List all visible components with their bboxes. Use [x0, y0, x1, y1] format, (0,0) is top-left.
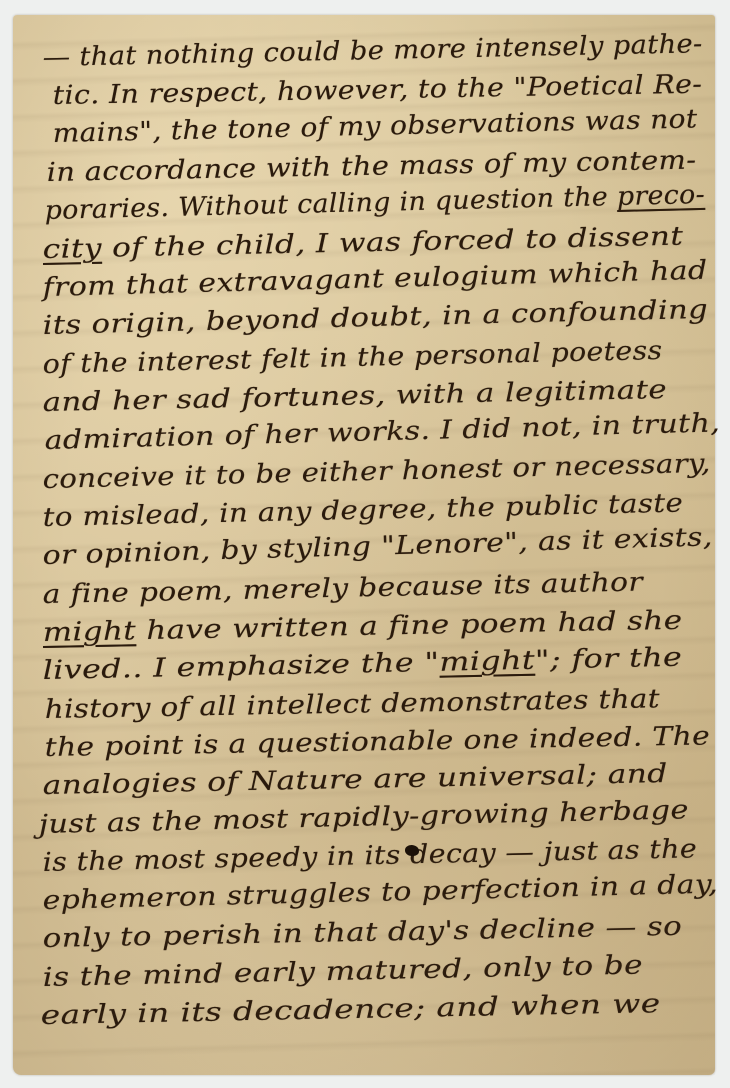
handwritten-line: city of the child, I was forced to disse…: [42, 224, 683, 263]
line-text: ephemeron struggles to perfection in a d…: [42, 870, 718, 916]
line-text: tic. In respect, however, to the "Poetic…: [53, 70, 703, 111]
line-text: history of all intellect demonstrates th…: [45, 684, 661, 725]
line-text: lived.. I emphasize the ": [42, 648, 439, 686]
handwritten-line: mains", the tone of my observations was …: [52, 106, 697, 147]
line-text: the point is a questionable one indeed. …: [45, 721, 711, 763]
underlined-word: preco-: [617, 180, 706, 212]
underlined-word: might: [42, 616, 136, 648]
handwritten-line: a fine poem, merely because its author: [42, 569, 643, 608]
line-text: have written a fine poem had she: [136, 606, 683, 646]
handwritten-line: tic. In respect, however, to the "Poetic…: [53, 72, 703, 109]
line-text: is the mind early matured, only to be: [42, 950, 643, 993]
line-text: its origin, beyond doubt, in a confoundi…: [42, 295, 708, 341]
handwritten-line: poraries. Without calling in question th…: [44, 182, 705, 224]
manuscript-page: — that nothing could be more intensely p…: [13, 15, 715, 1075]
line-text: "; for the: [535, 643, 683, 676]
line-text: conceive it to be either honest or neces…: [42, 449, 711, 495]
handwritten-line: from that extravagant eulogium which had: [42, 258, 707, 301]
handwritten-line: ephemeron struggles to perfection in a d…: [42, 872, 718, 914]
handwritten-line: of the interest felt in the personal poe…: [42, 338, 662, 378]
handwritten-line: history of all intellect demonstrates th…: [45, 686, 661, 723]
handwritten-line: in accordance with the mass of my contem…: [47, 148, 697, 186]
line-text: of the interest felt in the personal poe…: [42, 336, 662, 380]
underlined-word: might: [439, 646, 535, 678]
line-text: — that nothing could be more intensely p…: [42, 29, 702, 73]
handwritten-line: is the mind early matured, only to be: [42, 952, 643, 991]
line-text: just as the most rapidly-growing herbage: [38, 795, 689, 840]
handwritten-line: its origin, beyond doubt, in a confoundi…: [42, 297, 708, 339]
line-text: of the child, I was forced to dissent: [102, 222, 684, 264]
handwritten-line: just as the most rapidly-growing herbage: [38, 797, 689, 838]
handwritten-line: lived.. I emphasize the "might"; for the: [42, 645, 682, 684]
handwritten-line: and her sad fortunes, with a legitimate: [42, 377, 667, 416]
line-text: mains", the tone of my observations was …: [52, 104, 697, 149]
line-text: poraries. Without calling in question th…: [44, 182, 617, 226]
handwritten-line: admiration of her works. I did not, in t…: [44, 410, 720, 454]
underlined-word: city: [42, 234, 102, 265]
handwritten-line: is the most speedy in its decay — just a…: [42, 836, 697, 876]
handwritten-line: the point is a questionable one indeed. …: [45, 723, 711, 761]
handwritten-line: conceive it to be either honest or neces…: [42, 451, 710, 493]
line-text: early in its decadence; and when we: [40, 989, 660, 1031]
handwritten-line: or opinion, by styling "Lenore", as it e…: [42, 524, 713, 569]
line-text: a fine poem, merely because its author: [42, 567, 643, 610]
handwritten-line: analogies of Nature are universal; and: [43, 761, 668, 799]
handwritten-line: might have written a fine poem had she: [43, 608, 683, 646]
handwritten-line: early in its decadence; and when we: [41, 991, 661, 1029]
ink-blot: [405, 845, 419, 856]
handwritten-line: only to perish in that day's decline — s…: [43, 914, 683, 952]
line-text: only to perish in that day's decline — s…: [42, 912, 682, 954]
line-text: analogies of Nature are universal; and: [42, 759, 667, 801]
handwritten-line: — that nothing could be more intensely p…: [42, 31, 702, 71]
